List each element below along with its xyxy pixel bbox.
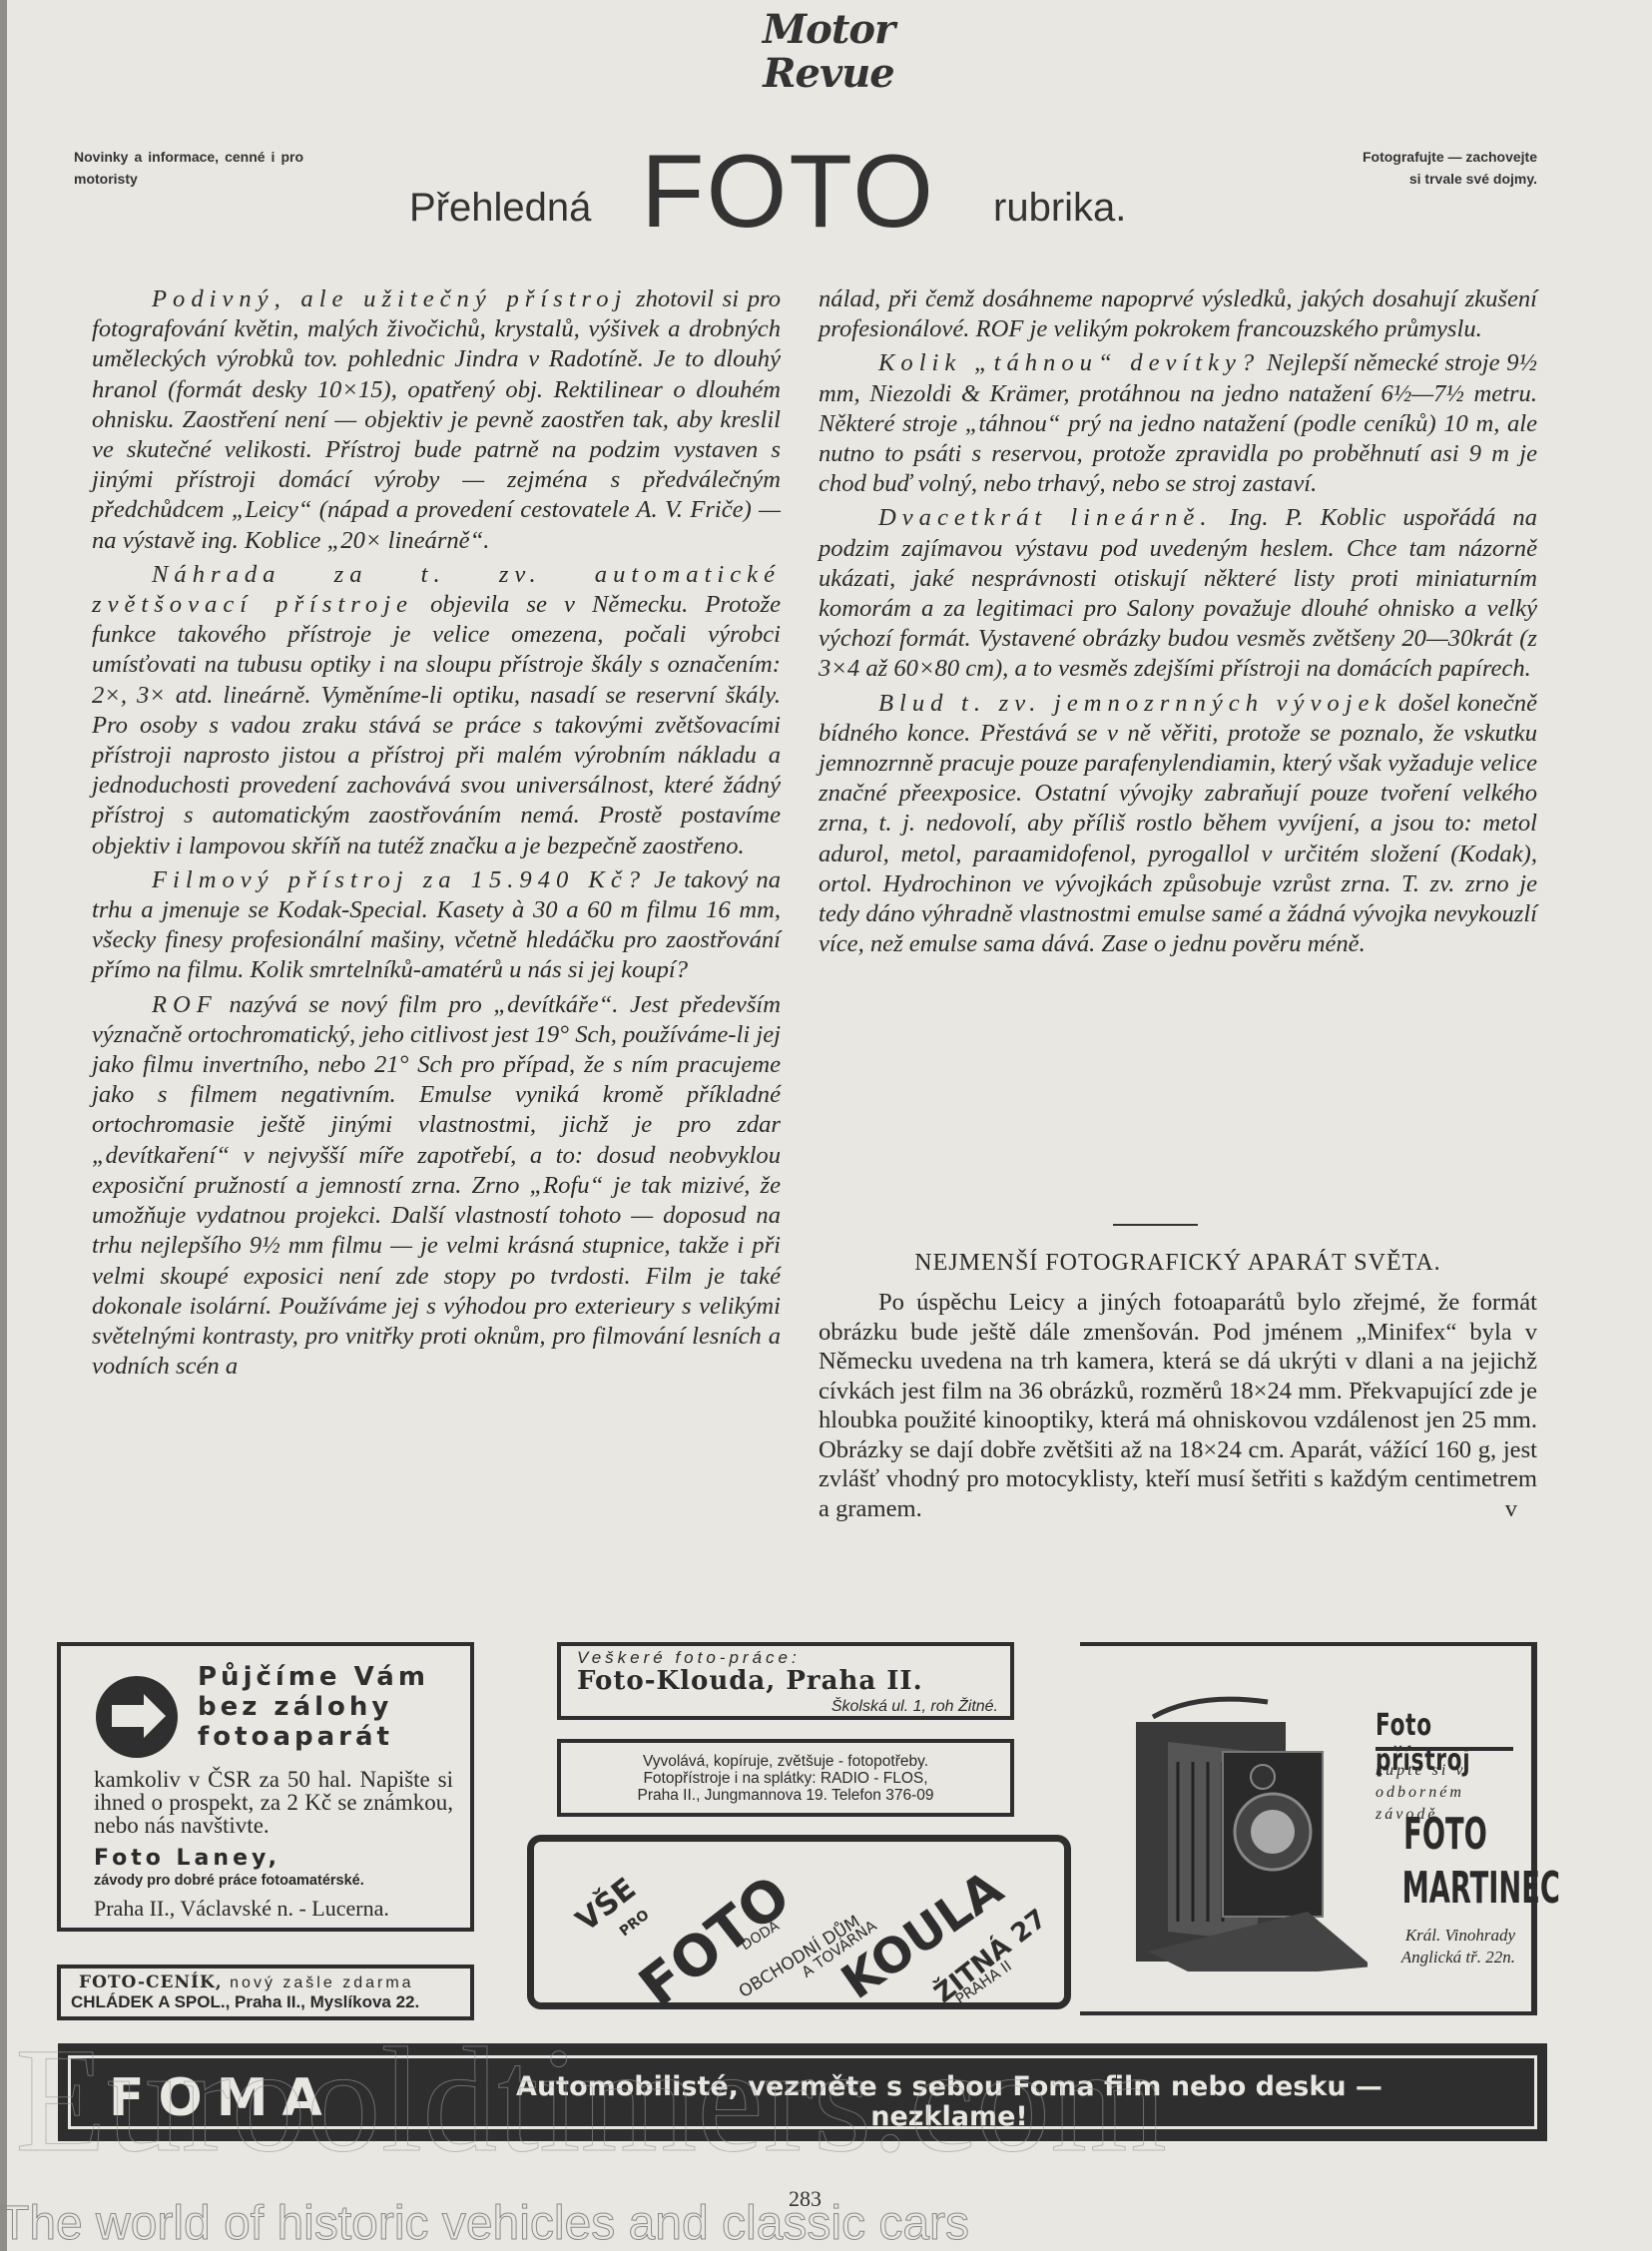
page-binding-shadow [0, 0, 7, 2251]
koula-lettering: VŠE PRO FOTO DODÁ OBCHODNÍ DŮM A TOVÁRNA… [534, 1842, 1064, 2002]
ad-foto-laney: Půjčíme Vám bez zálohy fotoaparát kamkol… [57, 1642, 474, 1932]
paragraph: ROF nazývá se nový film pro „devítkáře“.… [92, 990, 781, 1383]
title-main: FOTO [641, 140, 935, 244]
folding-camera-icon [1108, 1682, 1368, 1971]
article-heading: NEJMENŠÍ FOTOGRAFICKÝ APARÁT SVĚTA. [819, 1250, 1537, 1277]
heading-underline [1376, 1747, 1513, 1751]
paragraph: nálad, při čemž dosáhneme napoprvé výsle… [819, 284, 1537, 344]
masthead-right-note: Fotografujte — zachovejte si trvale své … [1298, 146, 1537, 190]
paragraph: Náhrada za t. zv. automatické zvětšovací… [92, 560, 781, 861]
page-title: Přehledná FOTO rubrika. [359, 140, 1258, 240]
arrow-right-icon [96, 1676, 178, 1758]
ad-company-name: Foto Laney, [94, 1846, 280, 1871]
title-suffix: rubrika. [993, 186, 1126, 231]
masthead-left-note: Novinky a informace, cenné i pro motoris… [74, 146, 303, 190]
watermark-site: Eurooldtimers.com [15, 2014, 1167, 2186]
ad-foto-cenik: FOTO-CENÍK, nový zašle zdarma CHLÁDEK A … [57, 1965, 474, 2020]
paragraph: Blud t. zv. jemnozrnných vývojek došel k… [819, 689, 1537, 960]
paragraph: Podivný, ale užitečný přístroj zhotovil … [92, 284, 781, 556]
ad-tagline: závody pro dobré práce fotoamatérské. [94, 1873, 364, 1889]
paragraph: Dvacetkrát lineárně. Ing. P. Koblic uspo… [819, 503, 1537, 684]
watermark-tagline: The world of historic vehicles and class… [0, 2196, 969, 2251]
section-divider [1113, 1224, 1198, 1226]
title-prefix: Přehledná [409, 186, 591, 231]
ad-koula: VŠE PRO FOTO DODÁ OBCHODNÍ DŮM A TOVÁRNA… [527, 1835, 1071, 2009]
author-signature: v [1445, 1494, 1517, 1524]
ad-headline: Půjčíme Vám bez zálohy fotoaparát [198, 1662, 429, 1752]
ad-foto-martinec: Foto přístroj kupte si v odborném závodě… [1080, 1642, 1537, 2015]
left-column: Podivný, ale užitečný přístroj zhotovil … [92, 284, 781, 1386]
magazine-logo: Motor Revue [759, 8, 898, 96]
ad-foto-klouda: Veškeré foto-práce: Foto-Klouda, Praha I… [557, 1642, 1014, 1720]
right-column: nálad, při čemž dosáhneme napoprvé výsle… [819, 284, 1537, 963]
ad-address: Praha II., Václavské n. - Lucerna. [94, 1896, 389, 1922]
article-body: Po úspěchu Leicy a jiných fotoaparátů by… [819, 1288, 1537, 1523]
paragraph: Kolik „táhnou“ devítky? Nejlepší německé… [819, 348, 1537, 499]
ad-body: kamkoliv v ČSR za 50 hal. Napište si ihn… [94, 1768, 453, 1837]
paragraph: Filmový přístroj za 15.940 Kč? Je takový… [92, 865, 781, 986]
ad-radio-flos: Vyvolává, kopíruje, zvětšuje - fotopotře… [557, 1739, 1014, 1817]
